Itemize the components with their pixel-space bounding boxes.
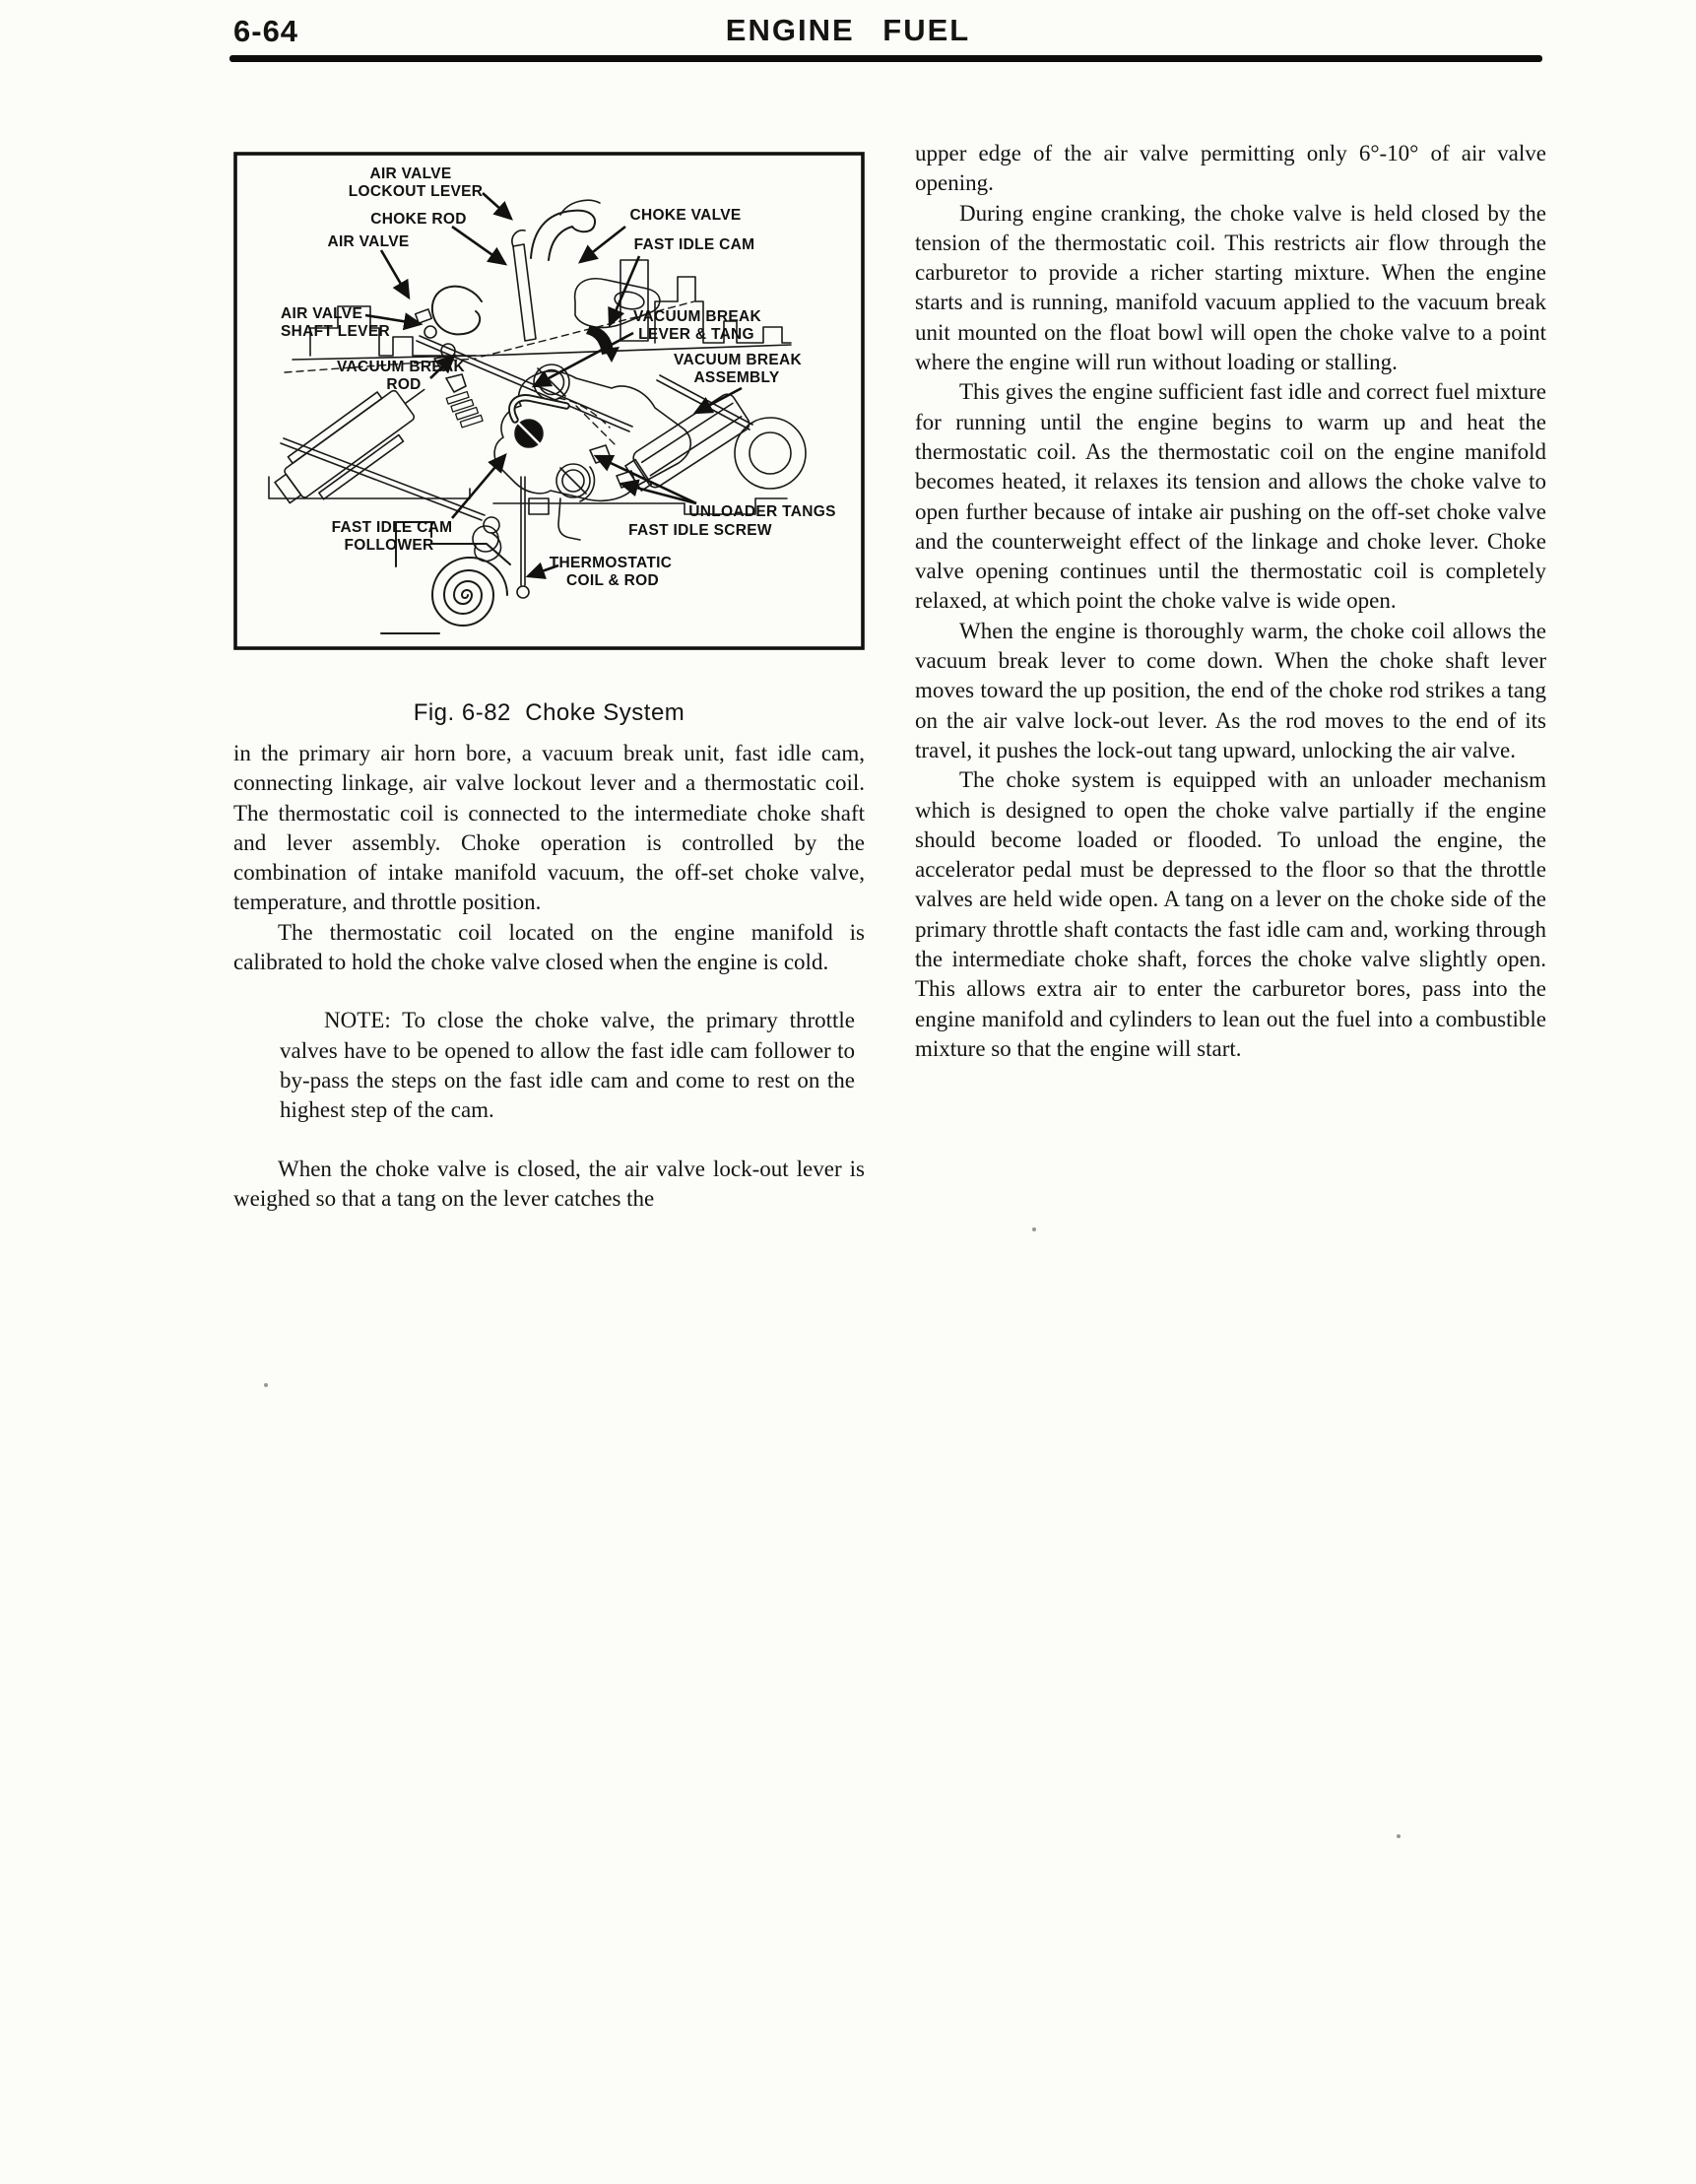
left-paragraph-3: When the choke valve is closed, the air … [233, 1155, 865, 1215]
figure-label-air-valve-lockout-lever-line2: LOCKOUT LEVER [349, 183, 484, 200]
left-column: AIR VALVE LOCKOUT LEVER CHOKE ROD AIR VA… [233, 152, 865, 1214]
right-paragraph-2: During engine cranking, the choke valve … [915, 199, 1546, 378]
scan-speck [1397, 1834, 1401, 1838]
right-column: upper edge of the air valve permitting o… [915, 139, 1546, 1064]
note-paragraph: NOTE: To close the choke valve, the prim… [280, 1006, 855, 1125]
figure-label-choke-valve: CHOKE VALVE [630, 207, 742, 224]
right-paragraph-3: This gives the engine sufficient fast id… [915, 377, 1546, 616]
header-rule [229, 55, 1542, 62]
figure-label-fast-idle-cam: FAST IDLE CAM [634, 236, 755, 253]
choke-system-diagram: AIR VALVE LOCKOUT LEVER CHOKE ROD AIR VA… [233, 152, 865, 650]
figure-label-fast-idle-cam-follower-line2: FOLLOWER [344, 537, 433, 554]
section-title: ENGINE FUEL [0, 13, 1696, 48]
figure-label-vacuum-break-rod-line1: VACUUM BREAK [337, 359, 465, 375]
left-paragraph-2: The thermostatic coil located on the eng… [233, 918, 865, 978]
figure-label-choke-rod: CHOKE ROD [370, 211, 466, 228]
carburetor-line-art [267, 200, 806, 633]
figure-label-thermostatic-coil-rod-line1: THERMOSTATIC [550, 555, 672, 571]
figure-caption: Fig. 6-82 Choke System [233, 699, 865, 727]
figure-label-fast-idle-screw: FAST IDLE SCREW [628, 522, 772, 539]
right-paragraph-5: The choke system is equipped with an unl… [915, 765, 1546, 1064]
figure-label-vacuum-break-assembly-line1: VACUUM BREAK [674, 352, 802, 368]
right-paragraph-4: When the engine is thoroughly warm, the … [915, 617, 1546, 765]
figure-label-air-valve: AIR VALVE [327, 233, 409, 250]
figure-label-vacuum-break-rod-line2: ROD [386, 376, 421, 393]
figure-label-vacuum-break-lever-tang-line2: LEVER & TANG [638, 326, 754, 343]
figure-label-thermostatic-coil-rod-line2: COIL & ROD [566, 572, 659, 589]
figure-label-vacuum-break-assembly-line2: ASSEMBLY [693, 369, 779, 386]
figure-label-air-valve-lockout-lever-line1: AIR VALVE [369, 165, 451, 182]
manual-page: 6-64 ENGINE FUEL [0, 0, 1696, 2184]
figure-label-air-valve-shaft-lever-line1: AIR VALVE [281, 305, 362, 322]
right-paragraph-1: upper edge of the air valve permitting o… [915, 139, 1546, 199]
scan-speck [1032, 1227, 1036, 1231]
figure-label-vacuum-break-lever-tang-line1: VACUUM BREAK [633, 308, 761, 325]
figure-label-air-valve-shaft-lever-line2: SHAFT LEVER [281, 323, 390, 340]
scan-speck [264, 1383, 268, 1387]
figure-label-fast-idle-cam-follower-line1: FAST IDLE CAM [332, 519, 453, 536]
choke-system-figure: AIR VALVE LOCKOUT LEVER CHOKE ROD AIR VA… [233, 152, 865, 655]
left-paragraph-1: in the primary air horn bore, a vacuum b… [233, 739, 865, 918]
figure-label-unloader-tangs: UNLOADER TANGS [688, 503, 835, 520]
